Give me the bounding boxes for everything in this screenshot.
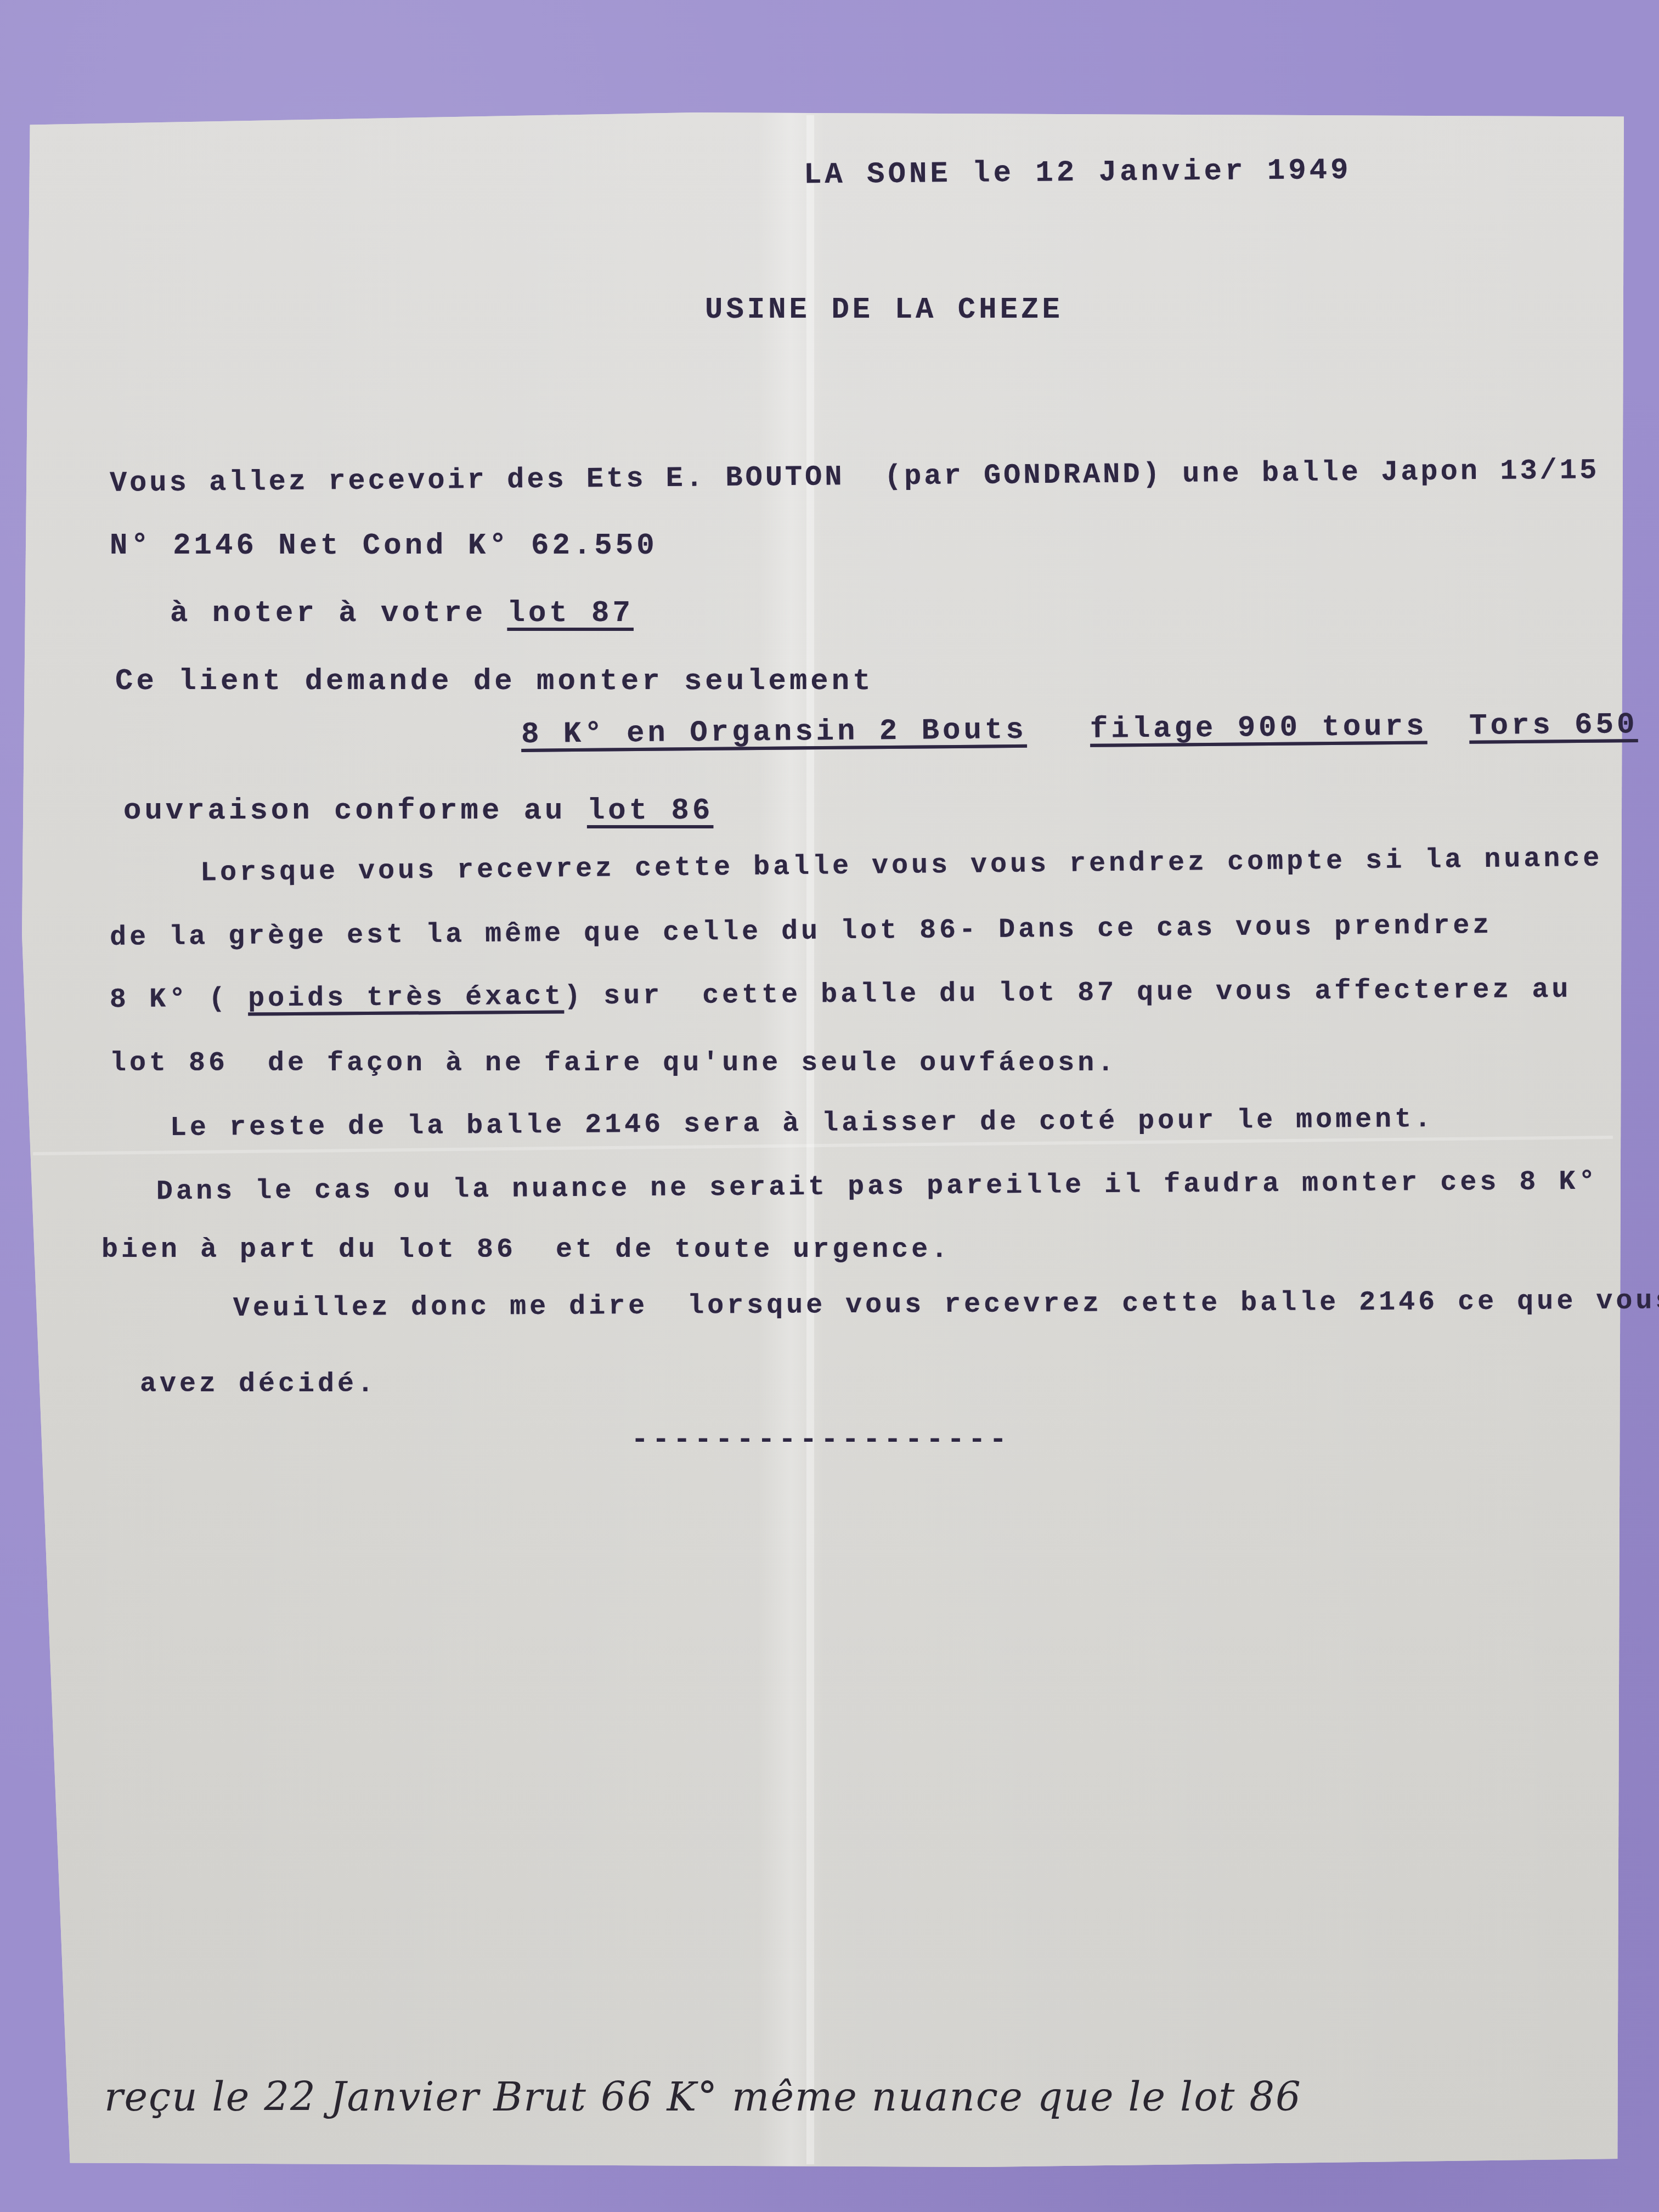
line3-text: à noter à votre [170,597,507,630]
body-line-15: avez décidé. [140,1369,377,1400]
handwritten-note: reçu le 22 Janvier Brut 66 K° même nuanc… [104,2074,1302,2120]
body-line-10: lot 86 de façon à ne faire qu'une seule … [110,1048,1117,1079]
filage-spec: filage 900 tours [1090,710,1427,746]
line6-text: ouvraison conforme au [123,794,587,828]
body-line-2: N° 2146 Net Cond K° 62.550 [110,529,658,563]
body-line-4: Ce lient demande de monter seulement [115,665,874,698]
tors-spec: Tors 650 [1469,708,1638,743]
paper-fold-vertical [806,115,814,2164]
lot-86-underlined: lot 86 [587,794,713,828]
line9-prefix: 8 K° ( [110,984,248,1016]
body-line-6: ouvraison conforme au lot 86 [123,794,713,828]
organsin-spec: 8 K° en Organsin 2 Bouts [521,714,1027,752]
letter-title: USINE DE LA CHEZE [705,294,1063,327]
poids-tres-exact-underlined: poids très éxact [248,981,564,1015]
lot-87-underlined: lot 87 [507,597,633,630]
body-line-3: à noter à votre lot 87 [170,597,634,630]
place-date: LA SONE le 12 Janvier 1949 [804,154,1352,193]
separator-line: ------------------ [631,1424,1010,1457]
body-line-13: bien à part du lot 86 et de toute urgenc… [101,1234,951,1266]
